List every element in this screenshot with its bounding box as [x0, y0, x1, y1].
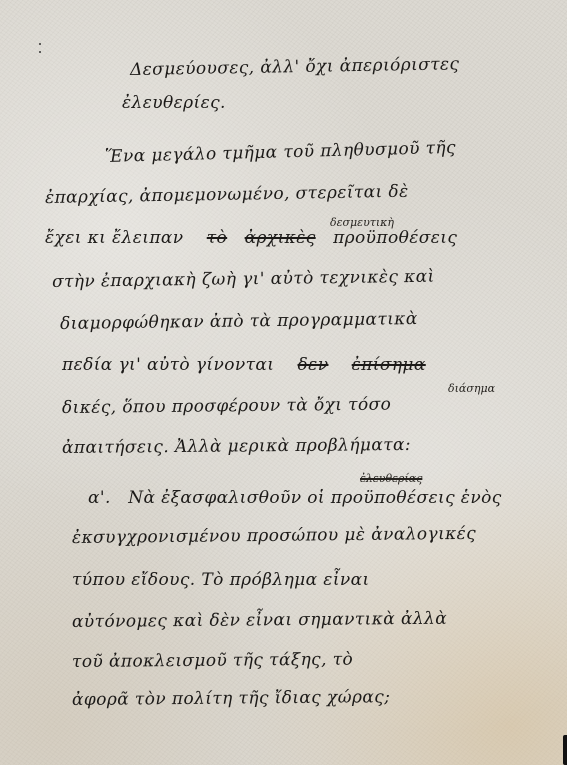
heading-line-1: Δεσμεύουσες, ἀλλ' ὄχι ἀπεριόριστες	[130, 54, 460, 80]
body-line-6-text: πεδία γι' αὐτὸ γίνονται	[62, 355, 274, 375]
pin-hole-mark	[39, 51, 41, 53]
list-item-line-3: τύπου εἴδους. Τὸ πρόβλημα εἶναι	[72, 570, 370, 590]
strikethrough-word: δεν	[298, 355, 329, 375]
list-item-line-4: αὐτόνομες καὶ δὲν εἶναι σημαντικὰ ἀλλὰ	[72, 609, 447, 632]
strikethrough-word: ἀρχικὲς	[245, 228, 316, 248]
body-line-8: ἀπαιτήσεις. Ἀλλὰ μερικὰ προβλήματα:	[62, 435, 411, 458]
scan-edge-shadow	[563, 735, 567, 765]
strikethrough-insertion: ἐλευθερίας	[360, 472, 422, 485]
interlinear-insertion: δεσμευτικὴ	[330, 216, 394, 229]
manuscript-page: Δεσμεύουσες, ἀλλ' ὄχι ἀπεριόριστες ἐλευθ…	[0, 0, 567, 765]
list-marker: α'.	[88, 488, 111, 508]
body-line-3: ἔχει κι ἔλειπαν τὸ ἀρχικὲς προϋποθέσεις	[45, 228, 457, 248]
body-line-4: στὴν ἐπαρχιακὴ ζωὴ γι' αὐτὸ τεχνικὲς καὶ	[52, 267, 435, 292]
list-item-text: Νὰ ἐξασφαλισθοῦν οἱ προϋποθέσεις ἑνὸς	[128, 488, 501, 508]
body-line-7: δικές, ὅπου προσφέρουν τὰ ὄχι τόσο	[62, 395, 391, 418]
body-line-5: διαμορφώθηκαν ἀπὸ τὰ προγραμματικὰ	[60, 309, 418, 334]
body-line-1: Ἕνα μεγάλο τμῆμα τοῦ πληθυσμοῦ τῆς	[105, 138, 456, 167]
pin-hole-mark	[39, 43, 41, 45]
strikethrough-word: τὸ	[207, 228, 227, 248]
body-line-3-end: προϋποθέσεις	[333, 228, 457, 248]
interlinear-insertion: διάσημα	[448, 382, 495, 395]
list-item-line-6: ἀφορᾶ τὸν πολίτη τῆς ἴδιας χώρας;	[72, 687, 390, 710]
body-line-2: ἐπαρχίας, ἀπομεμονωμένο, στερεῖται δὲ	[45, 182, 409, 208]
list-item-line-5: τοῦ ἀποκλεισμοῦ τῆς τάξης, τὸ	[72, 650, 353, 672]
list-item-line-2: ἐκσυγχρονισμένου προσώπου μὲ ἀναλογικές	[72, 524, 476, 548]
body-line-3-text: ἔχει κι ἔλειπαν	[45, 228, 184, 248]
strikethrough-word: ἐπίσημα	[352, 355, 426, 375]
list-item-line-1: α'. Νὰ ἐξασφαλισθοῦν οἱ προϋποθέσεις ἑνὸ…	[88, 488, 502, 508]
heading-line-2: ἐλευθερίες.	[122, 93, 226, 113]
body-line-6: πεδία γι' αὐτὸ γίνονται δεν ἐπίσημα	[62, 355, 426, 375]
